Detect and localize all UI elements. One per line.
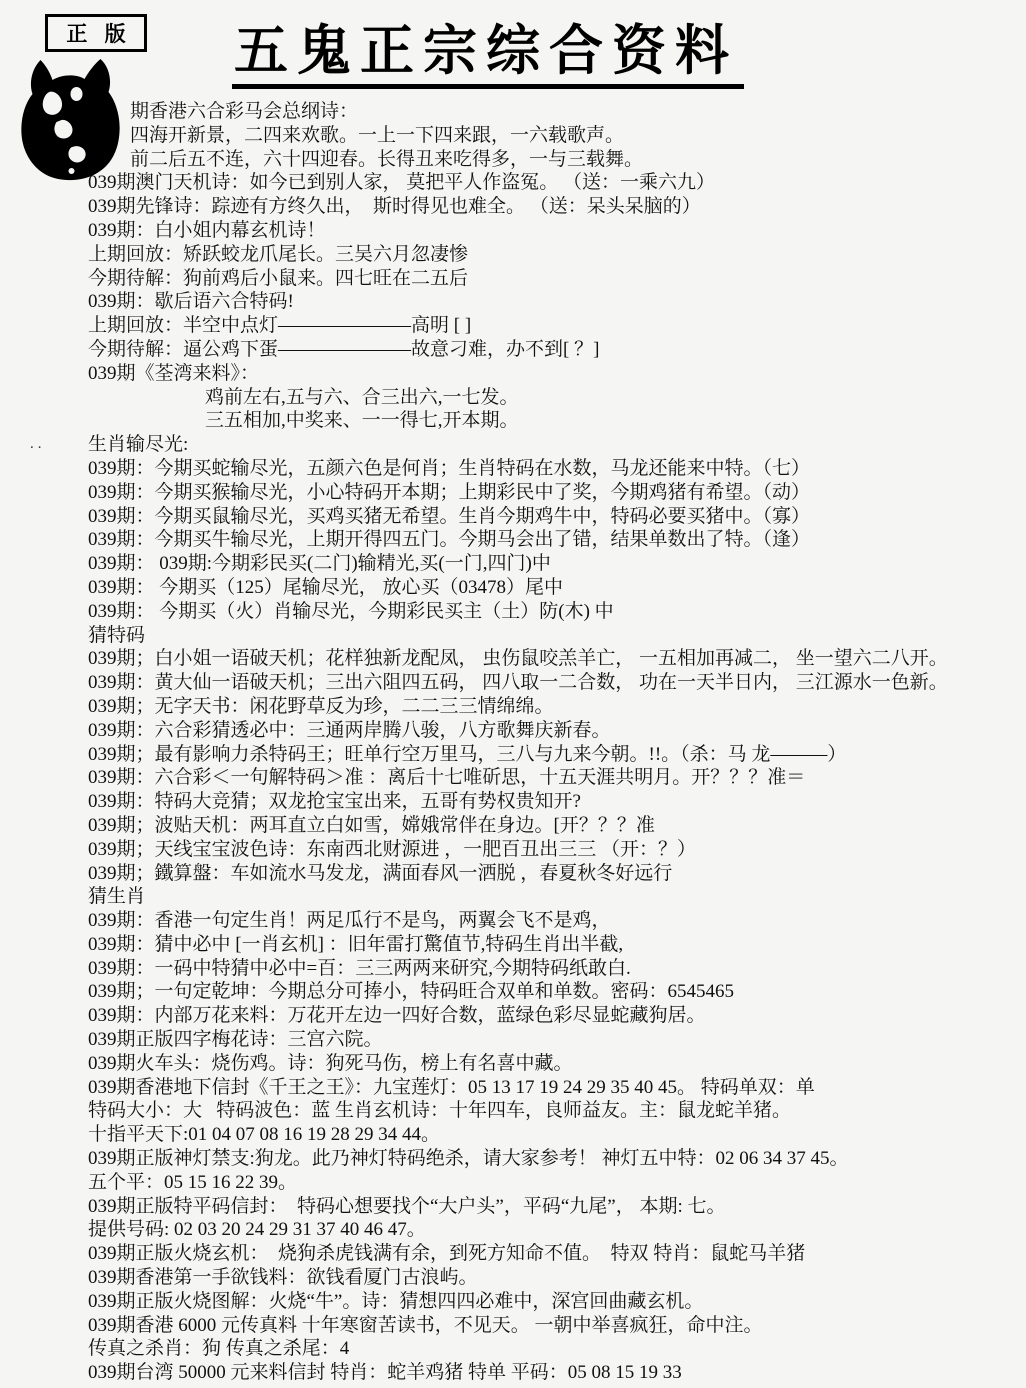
text-line: 039期：内部万花来料：万花开左边一四好合数，蓝绿色彩尽显蛇藏狗居。 xyxy=(88,1004,1026,1028)
text-line: 039期正版火烧图解：火烧“牛”。诗：猜想四四必难中，深宫回曲藏玄机。 xyxy=(88,1290,1026,1314)
text-line: 039期：今期买猴输尽光，小心特码开本期；上期彩民中了奖，今期鸡猪有希望。（动） xyxy=(88,481,1026,505)
text-line: 今期待解：逼公鸡下蛋———————故意刁难，办不到[ ？] xyxy=(88,338,1026,362)
text-line: 039期；鐵算盤：车如流水马发龙，满面春风一洒脱 ，春夏秋冬好远行 xyxy=(88,862,1026,886)
text-line: 039期台湾 50000 元来料信封 特肖：蛇羊鸡猪 特单 平码：05 08 1… xyxy=(88,1361,1026,1385)
text-line: 039期：香港一句定生肖！两足瓜行不是鸟，两翼会飞不是鸡， xyxy=(88,909,1026,933)
text-line: 猜特码 xyxy=(88,624,1026,648)
text-line: 前二后五不连，六十四迎春。长得丑来吃得多，一与三载舞。 xyxy=(130,148,1026,172)
text-line: 039期澳门天机诗：如今已到别人家， 莫把平人作盗冤。 （送：一乘六九） xyxy=(88,171,1026,195)
text-line: 039期香港地下信封《千王之王》：九宝莲灯：05 13 17 19 24 29 … xyxy=(88,1076,1026,1100)
text-line: 039期火车头：烧伤鸡。诗：狗死马伤，榜上有名喜中藏。 xyxy=(88,1052,1026,1076)
text-line: 生肖输尽光: xyxy=(88,433,1026,457)
text-line: 039期：今期买蛇输尽光，五颜六色是何肖；生肖特码在水数，马龙还能来中特。（七） xyxy=(88,457,1026,481)
text-line: 039期正版火烧玄机： 烧狗杀虎钱满有余，到死方知命不值。 特双 特肖：鼠蛇马羊… xyxy=(88,1242,1026,1266)
text-line: 今期待解：狗前鸡后小鼠来。四七旺在二五后 xyxy=(88,267,1026,291)
text-line: 039期；白小姐一语破天机；花样独新龙配凤， 虫伤鼠咬羔羊亡， 一五相加再减二，… xyxy=(88,647,1026,671)
text-line: 传真之杀肖：狗 传真之杀尾：4 xyxy=(88,1337,1026,1361)
text-line: 提供号码: 02 03 20 24 29 31 37 40 46 47。 xyxy=(88,1218,1026,1242)
text-line: 039期：猜中必中 [一肖玄机] ：旧年雷打驚值节,特码生肖出半截, xyxy=(88,933,1026,957)
text-line: 三五相加,中奖来、一一得七,开本期。 xyxy=(205,409,1026,433)
text-line: 039期《荃湾来料》： xyxy=(88,362,1026,386)
text-line: 鸡前左右,五与六、合三出六,一七发。 xyxy=(205,386,1026,410)
text-line: 四海开新景，二四来欢歌。一上一下四来跟，一六载歌声。 xyxy=(130,124,1026,148)
text-line: 五个平：05 15 16 22 39。 xyxy=(88,1171,1026,1195)
text-line: 039期香港 6000 元传真料 十年寒窗苦读书，不见天。 一朝中举喜疯狂，命中… xyxy=(88,1314,1026,1338)
authentic-badge: 正 版 xyxy=(45,14,147,52)
text-line: 039期： 今期买（火）肖输尽光，今期彩民买主（土）防(木) 中 xyxy=(88,600,1026,624)
page-title: 五鬼正宗综合资料 xyxy=(232,22,744,89)
text-line: 十指平天下:01 04 07 08 16 19 28 29 34 44。 xyxy=(88,1123,1026,1147)
text-line: 特码大小：大 特码波色：蓝 生肖玄机诗：十年四车，良师益友。主：鼠龙蛇羊猪。 xyxy=(88,1099,1026,1123)
text-line: 039期：六合彩猜透必中：三通两岸腾八骏，八方歌舞庆新春。 xyxy=(88,719,1026,743)
text-line: 039期先锋诗：踪迹有方终久出， 斯时得见也难全。 （送：呆头呆脑的） xyxy=(88,195,1026,219)
text-line: 039期： 039期:今期彩民买(二门)输精光,买(一门,四门)中 xyxy=(88,552,1026,576)
page: 正 版 五鬼正宗综合资料 .. 期香港六合彩马会总纲诗：四海开新景，二四来欢歌。… xyxy=(0,0,1026,1388)
text-line: 039期：今期买鼠输尽光，买鸡买猪无希望。生肖今期鸡牛中，特码必要买猪中。（寡） xyxy=(88,505,1026,529)
text-line: 039期：黄大仙一语破天机；三出六阻四五码， 四八取一二合数， 功在一天半日内，… xyxy=(88,671,1026,695)
text-line: 039期：一码中特猜中必中=百：三三两两来研究,今期特码纸敢白. xyxy=(88,957,1026,981)
text-line: 039期：白小姐内幕玄机诗！ xyxy=(88,219,1026,243)
text-line: 039期正版四字梅花诗：三宫六院。 xyxy=(88,1028,1026,1052)
text-line: 039期；天线宝宝波色诗：东南西北财源进 ，一肥百丑出三三 （开：？） xyxy=(88,838,1026,862)
text-line: 039期；一句定乾坤：今期总分可捧小，特码旺合双单和单数。密码：6545465 xyxy=(88,980,1026,1004)
text-line: 039期；最有影响力杀特码王；旺单行空万里马，三八与九来今朝。!!。（杀：马 龙… xyxy=(88,743,1026,767)
text-line: 039期：歇后语六合特码! xyxy=(88,290,1026,314)
text-line: 039期正版神灯禁支:狗龙。此乃神灯特码绝杀，请大家参考！ 神灯五中特：02 0… xyxy=(88,1147,1026,1171)
text-line: 039期：六合彩＜一句解特码＞准 ：离后十七唯斫思，十五天涯共明月。开？？？准＝ xyxy=(88,766,1026,790)
content-lines: 期香港六合彩马会总纲诗：四海开新景，二四来欢歌。一上一下四来跟，一六载歌声。前二… xyxy=(0,100,1026,1385)
text-line: 039期；波贴天机：两耳直立白如雪，嫦娥常伴在身边。[开？？？准 xyxy=(88,814,1026,838)
text-line: 期香港六合彩马会总纲诗： xyxy=(130,100,1026,124)
text-line: 039期：今期买牛输尽光，上期开得四五门。今期马会出了错，结果单数出了特。（逢） xyxy=(88,528,1026,552)
text-line: 039期香港第一手欲钱料：欲钱看厦门古浪屿。 xyxy=(88,1266,1026,1290)
text-line: 上期回放：半空中点灯———————高明 [ ] xyxy=(88,314,1026,338)
text-line: 039期；无字天书：闲花野草反为珍，二二三三情绵绵。 xyxy=(88,695,1026,719)
text-line: 039期： 今期买（125）尾输尽光， 放心买（03478）尾中 xyxy=(88,576,1026,600)
text-line: 039期正版特平码信封： 特码心想要找个“大户头”，平码“九尾”， 本期: 七。 xyxy=(88,1195,1026,1219)
text-line: 猜生肖 xyxy=(88,885,1026,909)
text-line: 039期：特码大竞猜；双龙抢宝宝出来，五哥有势权贵知开? xyxy=(88,790,1026,814)
text-line: 上期回放：矫跃蛟龙爪尾长。三吴六月忽凄惨 xyxy=(88,243,1026,267)
